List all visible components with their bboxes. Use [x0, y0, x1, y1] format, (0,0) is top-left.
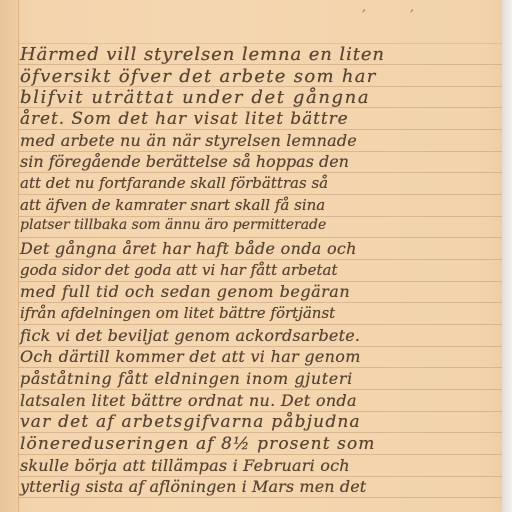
- handwritten-line: med full tid och sedan genom begäran: [20, 282, 350, 301]
- handwritten-line: latsalen litet bättre ordnat nu. Det ond…: [20, 391, 357, 410]
- handwritten-line: påståtning fått eldningen inom gjuteri: [20, 369, 353, 388]
- ruled-line: [18, 237, 502, 238]
- handwritten-line: Härmed vill styrelsen lemna en liten: [20, 44, 385, 65]
- handwritten-line: sin föregående berättelse så hoppas den: [20, 152, 349, 171]
- ruled-line: [18, 454, 502, 455]
- ruled-line: [18, 129, 502, 130]
- ruled-line: [18, 302, 502, 303]
- handwritten-line: med arbete nu än när styrelsen lemnade: [20, 131, 357, 150]
- handwritten-line: året. Som det har visat litet bättre: [20, 109, 349, 129]
- handwritten-line: att det nu fortfarande skall förbättras …: [20, 174, 328, 192]
- binding-gutter: [0, 0, 19, 512]
- handwritten-line: ytterlig sista af aflöningen i Mars men …: [20, 477, 366, 496]
- handwritten-line: skulle börja att tillämpas i Februari oc…: [20, 456, 350, 475]
- document-page: , , Härmed vill styrelsen lemna en liten…: [0, 0, 502, 512]
- handwritten-line: blifvit uträttat under det gångna: [20, 87, 370, 108]
- ruled-line: [18, 367, 502, 368]
- handwritten-line: Det gångna året har haft både onda och: [20, 239, 357, 258]
- handwritten-line: Och därtill kommer det att vi har genom: [20, 347, 361, 366]
- handwritten-line: lönereduseringen af 8½ prosent som: [20, 434, 376, 454]
- handwritten-line: platser tillbaka som ännu äro permittera…: [20, 217, 326, 233]
- handwritten-line: var det af arbetsgifvarna påbjudna: [20, 412, 361, 432]
- top-ink-fragment: ,: [362, 0, 366, 14]
- ruled-line: [18, 324, 502, 325]
- ruled-line: [18, 497, 502, 498]
- ruled-line: [18, 194, 502, 195]
- handwritten-line: ifrån afdelningen om litet bättre förtjä…: [20, 304, 335, 322]
- ruled-line: [18, 389, 502, 390]
- ruled-line: [18, 172, 502, 173]
- handwritten-line: fick vi det beviljat genom ackordsarbete…: [20, 326, 360, 345]
- page-edge: [502, 0, 512, 512]
- ruled-line: [18, 432, 502, 433]
- handwritten-line: goda sidor det goda att vi har fått arbe…: [20, 261, 338, 279]
- top-ink-fragment: ,: [410, 0, 414, 14]
- handwritten-line: att äfven de kamrater snart skall få sin…: [20, 196, 325, 214]
- handwritten-line: öfversikt öfver det arbete som har: [20, 66, 377, 87]
- ruled-line: [18, 259, 502, 260]
